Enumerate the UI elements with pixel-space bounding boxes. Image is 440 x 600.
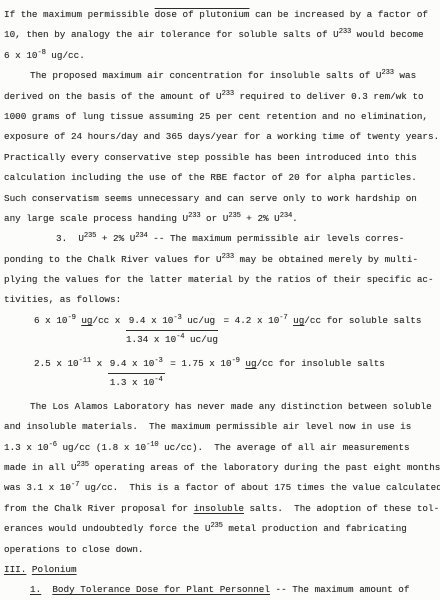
text-line-25: III. Polonium [4,560,438,580]
underlined-text: Body Tolerance Dose for Plant Personnel [52,584,270,595]
text-run: . [292,213,298,224]
superscript: -4 [176,333,184,341]
text-run: ug/cc. This is a factor of about 175 tim… [79,482,440,493]
superscript: 233 [188,212,200,220]
fraction-denominator: 1.3 x 10-4 [108,374,165,391]
formula-line-15: 6 x 10-9 ug/cc x 9.4 x 10-3 uc/ug1.34 x … [4,311,438,354]
superscript: -6 [49,441,57,449]
text-line-2: 6 x 10-8 ug/cc. [4,46,438,66]
text-run: plying the values for the latter materia… [4,274,434,285]
superscript: -11 [79,357,91,365]
text-run: uc/ug [184,334,217,345]
text-run: /cc for insoluble salts [257,358,385,369]
text-line-21: was 3.1 x 10-7 ug/cc. This is a factor o… [4,478,438,498]
text-line-7: Practically every conservative step poss… [4,148,438,168]
text-line-8: calculation including the use of the RBE… [4,168,438,188]
text-run: Such conservatism seems unnecessary and … [4,193,417,204]
fraction: 9.4 x 10-3 uc/ug1.34 x 10-4 uc/ug [126,314,218,348]
underlined-text: ug [293,315,304,326]
text-run: /cc for soluble salts [304,315,421,326]
text-run: If the maximum permissible [4,9,155,20]
text-line-5: 1000 grams of lung tissue assuming 25 pe… [4,107,438,127]
text-line-24: operations to close down. [4,540,438,560]
text-line-17: The Los Alamos Laboratory has never made… [4,397,438,417]
superscript: 234 [280,212,292,220]
superscript: 234 [135,232,147,240]
superscript: -4 [154,376,162,384]
text-line-11: 3. U235 + 2% U234 -- The maximum permiss… [4,229,438,249]
text-run: 6 x 10 [4,50,37,61]
text-run: required to deliver 0.3 rem/wk to [234,91,424,102]
text-run: can be increased by a factor of [249,9,428,20]
text-run: -- The maximum amount of [270,584,409,595]
superscript: -10 [146,441,158,449]
text-run [41,584,52,595]
scanned-document-page: If the maximum permissible dose of pluto… [0,0,440,600]
text-line-6: exposure of 24 hours/day and 365 days/ye… [4,127,438,147]
text-run: ug/cc (1.8 x 10 [57,442,146,453]
formula-prefix: 6 x 10-9 ug/cc x [34,315,126,326]
superscript: 233 [222,253,234,261]
text-run: and insoluble materials. The maximum per… [4,421,411,432]
underlined-text: ug [81,315,92,326]
text-run: The proposed maximum air concentration f… [30,70,381,81]
underlined-text: III. [4,564,26,575]
text-run: 1.34 x 10 [126,334,176,345]
text-run: made in all U [4,462,77,473]
text-run: x [91,358,108,369]
text-line-13: plying the values for the latter materia… [4,270,438,290]
underlined-text: insoluble [194,503,244,514]
text-run: erances would undoubtedly force the U [4,523,210,534]
text-line-20: made in all U235 operating areas of the … [4,458,438,478]
text-run: 6 x 10 [34,315,67,326]
fraction-denominator: 1.34 x 10-4 uc/ug [126,331,218,348]
text-line-3: The proposed maximum air concentration f… [4,66,438,86]
text-run: 3. U [56,233,84,244]
text-run: 9.4 x 10 [129,315,174,326]
text-run: uc/ug [182,315,215,326]
text-line-26: 1. Body Tolerance Dose for Plant Personn… [4,580,438,600]
superscript: -7 [279,314,287,322]
text-run: + 2% U [241,213,280,224]
overlined-text: dose of plutonium [155,9,250,20]
text-run: -- The maximum permissible air levels co… [148,233,405,244]
superscript: 235 [228,212,240,220]
text-run: salts. The adoption of these tol- [244,503,439,514]
text-run: or U [200,213,228,224]
text-run: operating areas of the laboratory during… [89,462,440,473]
text-line-12: ponding to the Chalk River values for U2… [4,250,438,270]
superscript: 233 [339,28,351,36]
superscript: -3 [173,314,181,322]
fraction-numerator: 9.4 x 10-3 uc/ug [126,314,218,331]
superscript: -9 [67,314,75,322]
superscript: -8 [37,49,45,57]
formula-result: = 4.2 x 10-7 ug/cc for soluble salts [218,315,422,326]
text-line-23: erances would undoubtedly force the U235… [4,519,438,539]
text-run: would become [351,29,424,40]
text-run: + 2% U [96,233,135,244]
formula-line-16: 2.5 x 10-11 x 9.4 x 10-31.3 x 10-4 = 1.7… [4,354,438,397]
text-run: calculation including the use of the RBE… [4,172,417,183]
text-run: 2.5 x 10 [34,358,79,369]
text-run: /cc x [92,315,125,326]
text-run: ug/cc. [46,50,85,61]
text-line-4: derived on the basis of the amount of U2… [4,87,438,107]
text-run: Practically every conservative step poss… [4,152,417,163]
text-run: any large scale process handing U [4,213,188,224]
fraction: 9.4 x 10-31.3 x 10-4 [108,357,165,391]
text-line-9: Such conservatism seems unnecessary and … [4,189,438,209]
text-line-14: tivities, as follows: [4,290,438,310]
superscript: 235 [84,232,96,240]
text-run: 1.3 x 10 [110,377,155,388]
superscript: -3 [154,357,162,365]
text-run: 10, then by analogy the air tolerance fo… [4,29,339,40]
text-run: derived on the basis of the amount of U [4,91,222,102]
fraction-numerator: 9.4 x 10-3 [108,357,165,374]
superscript: -7 [71,481,79,489]
text-run: 1.3 x 10 [4,442,49,453]
underlined-text: Polonium [32,564,77,575]
text-run: operations to close down. [4,544,143,555]
formula-prefix: 2.5 x 10-11 x [34,358,108,369]
text-run: was 3.1 x 10 [4,482,71,493]
superscript: -9 [232,357,240,365]
text-line-10: any large scale process handing U233 or … [4,209,438,229]
text-line-19: 1.3 x 10-6 ug/cc (1.8 x 10-10 uc/cc). Th… [4,438,438,458]
text-line-0: If the maximum permissible dose of pluto… [4,5,438,25]
text-run: tivities, as follows: [4,294,121,305]
superscript: 235 [210,522,222,530]
formula-result: = 1.75 x 10-9 ug/cc for insoluble salts [165,358,385,369]
text-line-1: 10, then by analogy the air tolerance fo… [4,25,438,45]
superscript: 233 [381,69,393,77]
text-run: 9.4 x 10 [110,358,155,369]
text-run: was [394,70,416,81]
text-run: 1000 grams of lung tissue assuming 25 pe… [4,111,428,122]
text-run: exposure of 24 hours/day and 365 days/ye… [4,131,439,142]
text-run: ponding to the Chalk River values for U [4,254,222,265]
text-run: may be obtained merely by multi- [234,254,418,265]
text-run: metal production and fabricating [223,523,407,534]
superscript: 233 [222,90,234,98]
text-line-18: and insoluble materials. The maximum per… [4,417,438,437]
superscript: 235 [77,461,89,469]
text-run: = 4.2 x 10 [218,315,279,326]
text-run: The Los Alamos Laboratory has never made… [30,401,432,412]
underlined-text: ug [245,358,256,369]
text-run: from the Chalk River proposal for [4,503,194,514]
text-run: = 1.75 x 10 [165,358,232,369]
text-run: uc/cc). The average of all air measureme… [158,442,409,453]
underlined-text: 1. [30,584,41,595]
text-line-22: from the Chalk River proposal for insolu… [4,499,438,519]
